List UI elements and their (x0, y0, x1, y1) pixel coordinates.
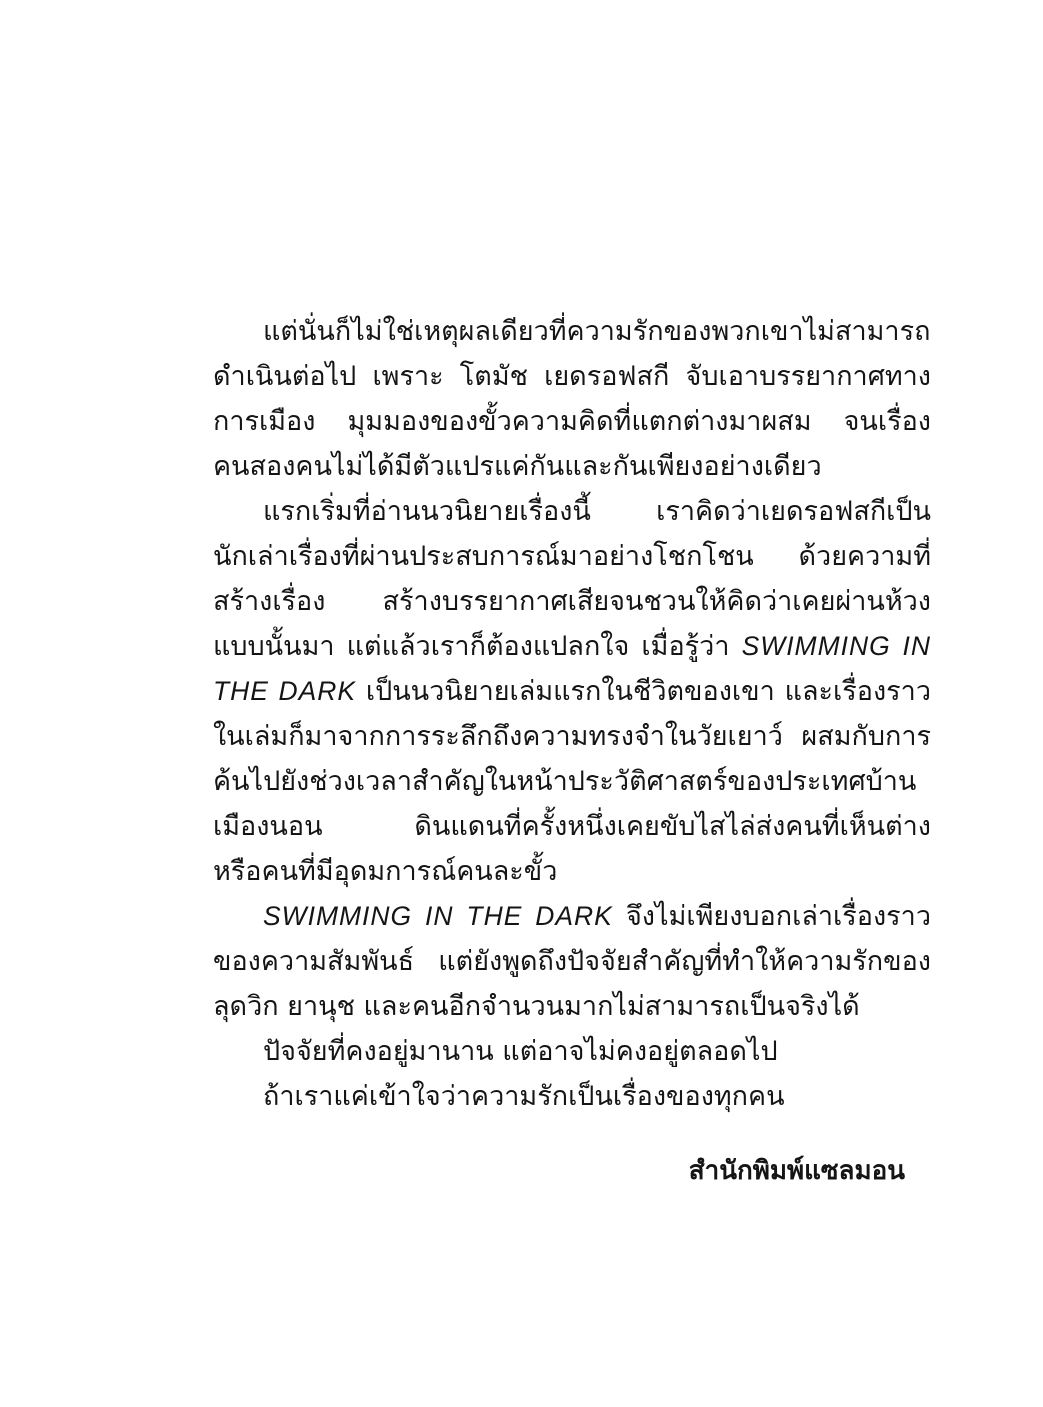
line-text: ดำเนินต่อไป เพราะ โตมัช เยดรอฟสกี จับเอา… (213, 361, 931, 392)
line-text: เมืองนอน ดินแดนที่ครั้งหนึ่งเคยขับไสไล่ส… (213, 811, 931, 842)
line-text: จึงไม่เพียงบอกเล่าเรื่องราว (613, 901, 931, 932)
text-line: หรือคนที่มีอุดมการณ์คนละขั้ว (213, 849, 931, 894)
text-line: SWIMMING IN THE DARK จึงไม่เพียงบอกเล่าเ… (213, 894, 931, 939)
text-line: THE DARK เป็นนวนิยายเล่มแรกในชีวิตของเขา… (213, 669, 931, 714)
publisher-signature: สำนักพิมพ์แซลมอน (689, 1150, 905, 1190)
line-text: สร้างเรื่อง สร้างบรรยากาศเสียจนชวนให้คิด… (213, 586, 931, 624)
text-line: แต่นั่นก็ไม่ใช่เหตุผลเดียวที่ความรักของพ… (213, 309, 931, 354)
line-text: ค้นไปยังช่วงเวลาสำคัญในหน้าประวัติศาสตร์… (213, 766, 916, 804)
line-text: ในเล่มก็มาจากการระลึกถึงความทรงจำในวัยเย… (213, 721, 931, 759)
line-text: ของความสัมพันธ์ แต่ยังพูดถึงปัจจัยสำคัญท… (213, 946, 931, 977)
line-text: แรกเริ่มที่อ่านนวนิยายเรื่องนี้ เราคิดว่… (263, 496, 931, 527)
text-line: แบบนั้นมา แต่แล้วเราก็ต้องแปลกใจ เมื่อรู… (213, 624, 931, 669)
line-text: การเมือง มุมมองของขั้วความคิดที่แตกต่างม… (213, 406, 931, 444)
line-text: ถ้าเราแค่เข้าใจว่าความรักเป็นเรื่องของทุ… (263, 1081, 785, 1112)
text-line: เมืองนอน ดินแดนที่ครั้งหนึ่งเคยขับไสไล่ส… (213, 804, 931, 849)
text-line: คนสองคนไม่ได้มีตัวแปรแค่กันและกันเพียงอย… (213, 444, 931, 489)
text-line: ของความสัมพันธ์ แต่ยังพูดถึงปัจจัยสำคัญท… (213, 939, 931, 984)
line-text: นักเล่าเรื่องที่ผ่านประสบการณ์มาอย่างโชก… (213, 541, 931, 579)
text-line: การเมือง มุมมองของขั้วความคิดที่แตกต่างม… (213, 399, 931, 444)
text-line: ค้นไปยังช่วงเวลาสำคัญในหน้าประวัติศาสตร์… (213, 759, 931, 804)
novel-title-latin: SWIMMING IN (742, 631, 931, 661)
text-line: ดำเนินต่อไป เพราะ โตมัช เยดรอฟสกี จับเอา… (213, 354, 931, 399)
line-text: แต่นั่นก็ไม่ใช่เหตุผลเดียวที่ความรักของพ… (263, 316, 930, 347)
book-page: แต่นั่นก็ไม่ใช่เหตุผลเดียวที่ความรักของพ… (0, 0, 1043, 1407)
line-text: ลุดวิก ยานุช และคนอีกจำนวนมากไม่สามารถเป… (213, 991, 860, 1022)
text-line: สร้างเรื่อง สร้างบรรยากาศเสียจนชวนให้คิด… (213, 579, 931, 624)
text-line: ปัจจัยที่คงอยู่มานาน แต่อาจไม่คงอยู่ตลอด… (213, 1029, 931, 1074)
line-text: คนสองคนไม่ได้มีตัวแปรแค่กันและกันเพียงอย… (213, 451, 822, 482)
line-text: หรือคนที่มีอุดมการณ์คนละขั้ว (213, 856, 557, 887)
novel-title-latin: SWIMMING IN THE DARK (263, 901, 613, 931)
text-line: นักเล่าเรื่องที่ผ่านประสบการณ์มาอย่างโชก… (213, 534, 931, 579)
text-line: ลุดวิก ยานุช และคนอีกจำนวนมากไม่สามารถเป… (213, 984, 931, 1029)
text-line: ถ้าเราแค่เข้าใจว่าความรักเป็นเรื่องของทุ… (213, 1074, 931, 1119)
line-text: แบบนั้นมา แต่แล้วเราก็ต้องแปลกใจ เมื่อรู… (213, 631, 742, 662)
novel-title-latin: THE DARK (213, 676, 356, 706)
line-text: ปัจจัยที่คงอยู่มานาน แต่อาจไม่คงอยู่ตลอด… (263, 1036, 778, 1067)
text-line: แรกเริ่มที่อ่านนวนิยายเรื่องนี้ เราคิดว่… (213, 489, 931, 534)
body-text-block: แต่นั่นก็ไม่ใช่เหตุผลเดียวที่ความรักของพ… (213, 309, 931, 1119)
line-text: เป็นนวนิยายเล่มแรกในชีวิตของเขา และเรื่อ… (356, 676, 931, 707)
text-line: ในเล่มก็มาจากการระลึกถึงความทรงจำในวัยเย… (213, 714, 931, 759)
